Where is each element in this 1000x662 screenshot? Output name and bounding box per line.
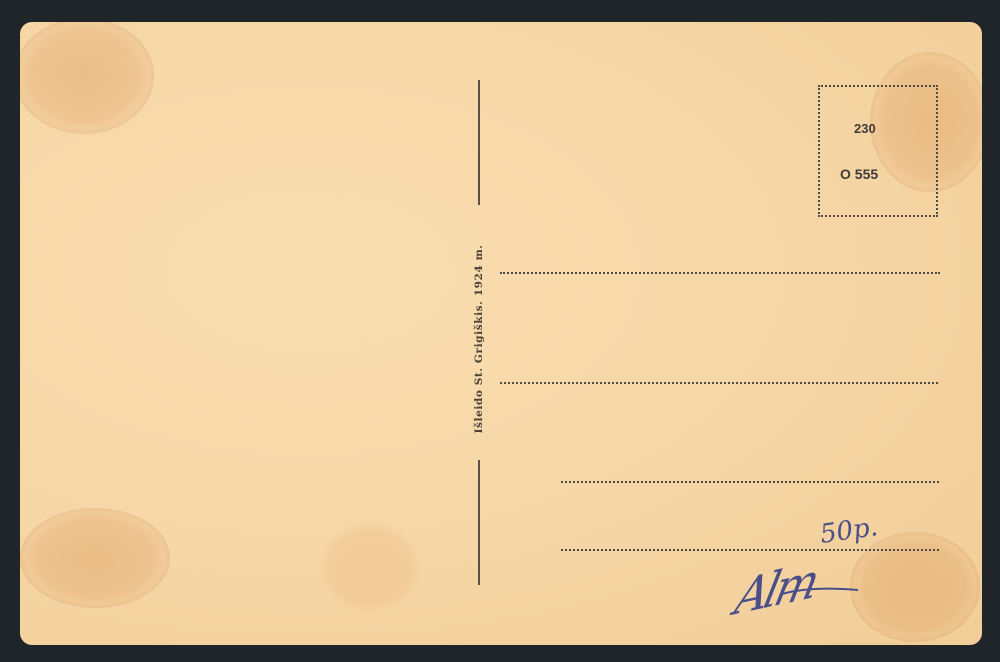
address-line-4 (561, 549, 939, 551)
stamp-number-1: 230 (854, 121, 876, 136)
divider-line-top (478, 80, 480, 205)
stain-top-left (20, 22, 154, 134)
divider-line-bottom (478, 460, 480, 585)
address-line-1 (500, 272, 940, 274)
publisher-imprint: Išleido St. Grigiškis. 1924 m. (473, 244, 485, 433)
stamp-box: 230 O 555 (818, 85, 938, 217)
signature-stroke (780, 582, 860, 602)
handwritten-price: 50p. (818, 512, 880, 550)
postcard-back: Išleido St. Grigiškis. 1924 m. 230 O 555… (20, 22, 982, 645)
stain-bottom-center-left (320, 522, 420, 612)
address-line-2 (500, 382, 938, 384)
stain-bottom-left (20, 508, 170, 608)
address-line-3 (561, 481, 939, 483)
stamp-number-2: O 555 (840, 166, 878, 182)
